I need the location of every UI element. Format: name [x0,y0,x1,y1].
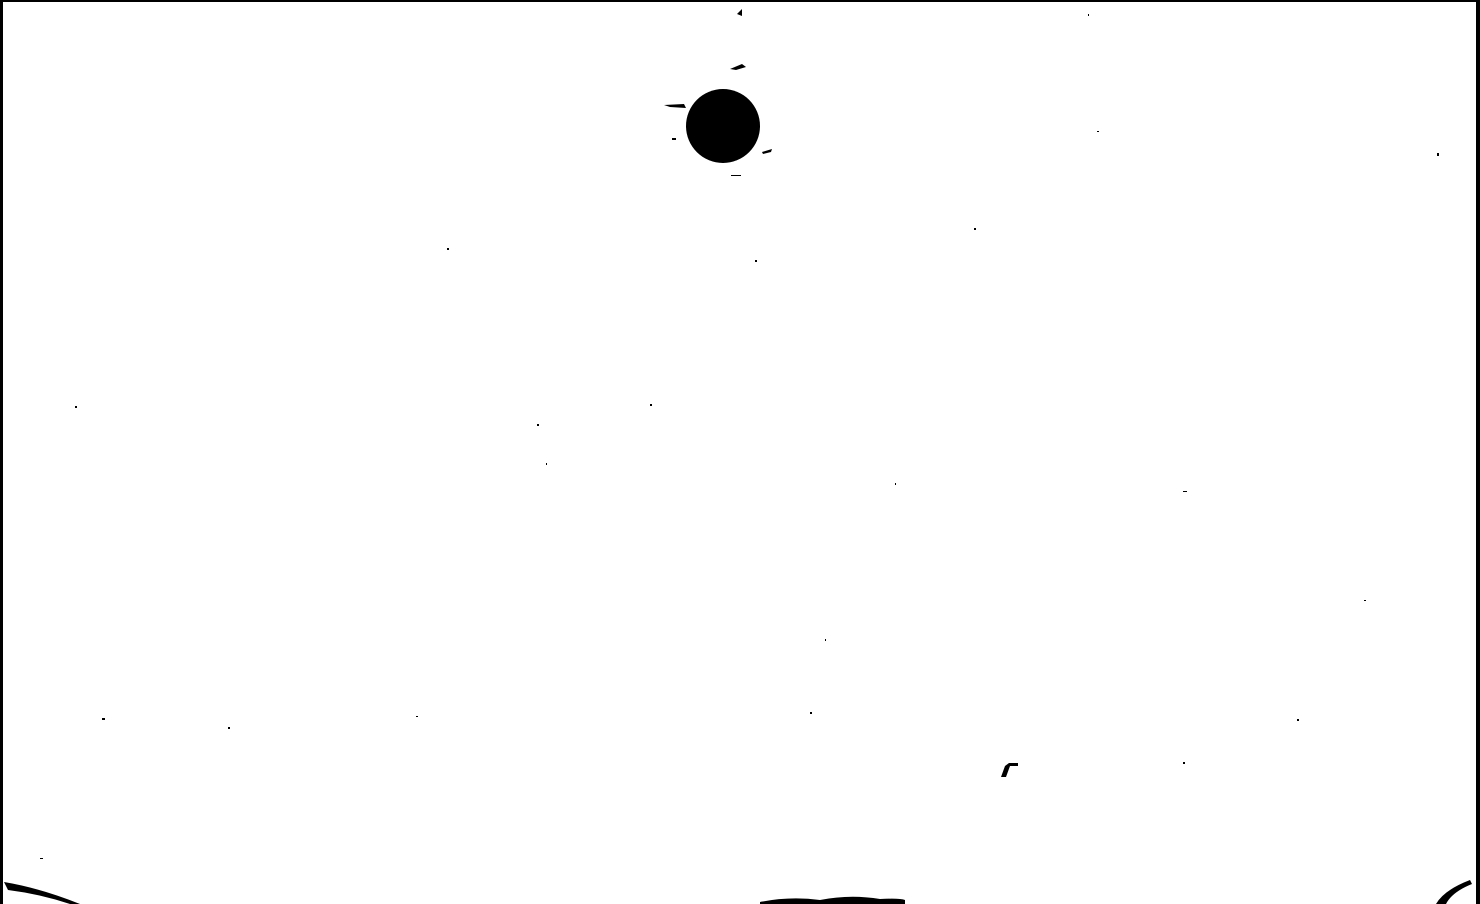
top-border [0,0,1480,2]
right-border [1476,0,1480,904]
bottom-center-curl [760,897,905,904]
left-border [0,0,3,904]
black-disc [664,9,772,176]
scan-artwork [0,0,1480,904]
hook-mark [1001,763,1018,777]
bottom-left-curl [4,882,80,904]
scanned-sheet [0,0,1480,904]
bottom-right-curl [1436,880,1472,904]
